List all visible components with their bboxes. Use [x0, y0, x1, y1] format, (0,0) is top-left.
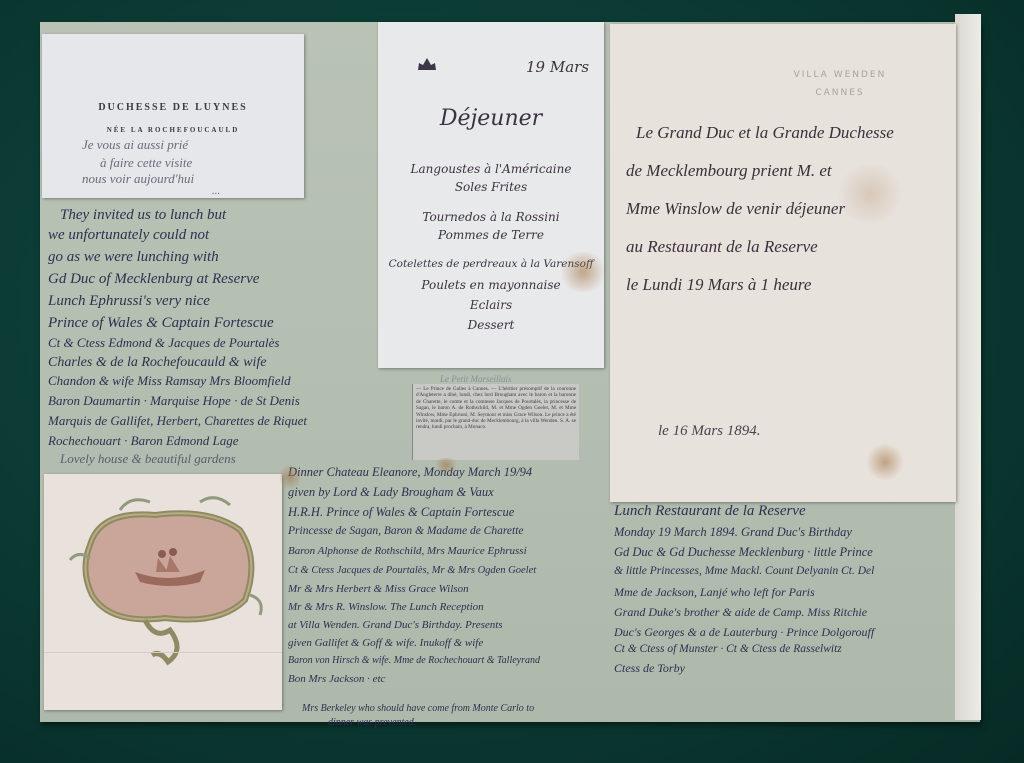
menu-item: Eclairs [378, 298, 604, 312]
newspaper-clipping: — Le Prince de Galles à Cannes. — L'héri… [412, 384, 579, 460]
invitation-line: au Restaurant de la Reserve [626, 238, 818, 255]
note-line: Princesse de Sagan, Baron & Madame de Ch… [288, 526, 524, 538]
note-line: H.R.H. Prince of Wales & Captain Fortesc… [288, 506, 514, 519]
invitation-date: le 16 Mars 1894. [658, 424, 761, 439]
note-line: Prince of Wales & Captain Fortescue [48, 316, 274, 331]
note-line: Marquis de Gallifet, Herbert, Charettes … [48, 414, 307, 427]
note-line: Duc's Georges & a de Lauterburg · Prince… [614, 626, 874, 638]
note-line: at Villa Wenden. Grand Duc's Birthday. P… [288, 620, 503, 631]
note-line: Grand Duke's brother & aide de Camp. Mis… [614, 606, 867, 618]
decorative-card [44, 474, 282, 710]
note-line: Baron Alphonse de Rothschild, Mrs Mauric… [288, 546, 527, 557]
note-line: Ct & Ctess of Munster · Ct & Ctess de Ra… [614, 644, 842, 656]
letterhead-villa: VILLA WENDEN [780, 70, 900, 80]
letterhead-city: CANNES [780, 88, 900, 98]
note-line: Dinner Chateau Eleanore, Monday March 19… [288, 466, 532, 479]
footnote-line: Mrs Berkeley who should have come from M… [302, 704, 534, 714]
card-handwriting-2: à faire cette visite [100, 156, 192, 169]
note-line: given by Lord & Lady Brougham & Vaux [288, 486, 494, 499]
note-line: Mr & Mrs Herbert & Miss Grace Wilson [288, 584, 469, 595]
note-line: Baron von Hirsch & wife. Mme de Rochecho… [288, 656, 540, 666]
note-line: & little Princesses, Mme Mackl. Count De… [614, 566, 874, 578]
stain [432, 458, 460, 472]
stain [865, 444, 905, 480]
menu-date: 19 Mars [526, 58, 589, 76]
menu-item: Pommes de Terre [378, 228, 604, 242]
card-handwriting-4: ... [212, 186, 220, 197]
note-line: go as we were lunching with [48, 250, 219, 265]
note-line: Monday 19 March 1894. Grand Duc's Birthd… [614, 526, 852, 539]
invitation-line: Le Grand Duc et la Grande Duchesse [636, 124, 894, 141]
luncheon-menu: 19 Mars Déjeuner Langoustes à l'Américai… [378, 22, 604, 368]
clipping-text: — Le Prince de Galles à Cannes. — L'héri… [413, 384, 579, 433]
board-edge [955, 14, 981, 720]
note-line: Lovely house & beautiful gardens [60, 452, 236, 465]
card-handwriting-1: Je vous ai aussi prié [82, 138, 188, 151]
note-line: Chandon & wife Miss Ramsay Mrs Bloomfiel… [48, 374, 291, 387]
rococo-vignette [60, 490, 270, 670]
invitation-letter: VILLA WENDEN CANNES Le Grand Duc et la G… [610, 24, 956, 502]
menu-item: Tournedos à la Rossini [378, 210, 604, 224]
note-line: Gd Duc & Gd Duchesse Mecklenburg · littl… [614, 546, 873, 559]
note-line: we unfortunately could not [48, 228, 209, 243]
note-line: Baron Daumartin · Marquise Hope · de St … [48, 394, 300, 407]
note-line: Lunch Restaurant de la Reserve [614, 504, 806, 519]
stain [835, 164, 905, 224]
note-line: Ctess de Torby [614, 662, 685, 674]
menu-title: Déjeuner [378, 106, 604, 131]
stain [280, 462, 300, 492]
stain [558, 252, 608, 292]
note-line: Rochechouart · Baron Edmond Lage [48, 434, 239, 447]
crown-icon [416, 56, 438, 68]
note-line: Mme de Jackson, Lanjé who left for Paris [614, 586, 815, 598]
invitation-line: de Mecklembourg prient M. et [626, 162, 832, 179]
note-line: given Gallifet & Goff & wife. Inukoff & … [288, 638, 483, 649]
menu-item: Soles Frites [378, 180, 604, 194]
clipping-caption: Le Petit Marseillais [440, 374, 512, 384]
card-fold [44, 652, 282, 653]
note-line: They invited us to lunch but [60, 208, 226, 223]
note-line: Charles & de la Rochefoucauld & wife [48, 356, 267, 370]
note-line: Lunch Ephrussi's very nice [48, 294, 210, 309]
note-line: Bon Mrs Jackson · etc [288, 674, 385, 685]
card-subtitle: NÉE LA ROCHEFOUCAULD [42, 126, 304, 134]
card-handwriting-3: nous voir aujourd'hui [82, 172, 194, 185]
note-line: Ct & Ctess Jacques de Pourtalès, Mr & Mr… [288, 566, 536, 577]
note-line: Ct & Ctess Edmond & Jacques de Pourtalès [48, 336, 279, 349]
calling-card: DUCHESSE DE LUYNES NÉE LA ROCHEFOUCAULD … [42, 34, 304, 198]
card-name: DUCHESSE DE LUYNES [42, 102, 304, 113]
note-line: Mr & Mrs R. Winslow. The Lunch Reception [288, 602, 484, 613]
note-line: Gd Duc of Mecklenburg at Reserve [48, 272, 259, 287]
invitation-line: Mme Winslow de venir déjeuner [626, 200, 845, 217]
invitation-line: le Lundi 19 Mars à 1 heure [626, 276, 811, 293]
footnote-line: dinner was prevented. [328, 718, 416, 728]
menu-item: Langoustes à l'Américaine [378, 162, 604, 176]
menu-item: Dessert [378, 318, 604, 332]
